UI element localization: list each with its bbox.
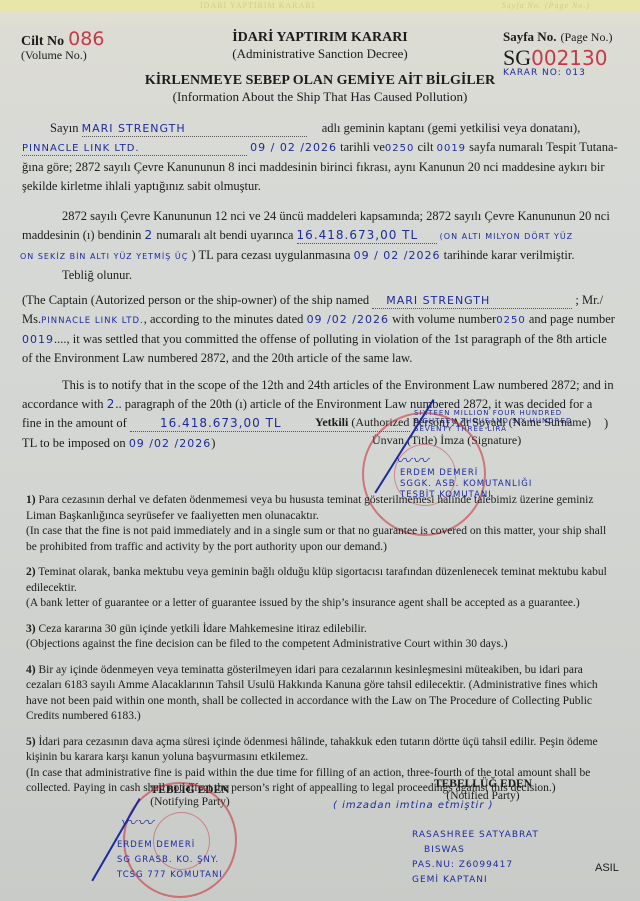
owner-handwritten-en: PINNACLE LINK LTD. bbox=[41, 316, 144, 326]
note-item: 4) Bir ay içinde ödenmeyen veya teminatt… bbox=[26, 663, 612, 725]
note-number: 5) bbox=[26, 736, 36, 748]
en-p2-line4: TL to be imposed on 09 /02 /2026) bbox=[22, 436, 215, 451]
text: adlı geminin kaptanı (gemi yetkilisi vey… bbox=[322, 121, 581, 135]
text: sayfa numaralı Tespit Tutana- bbox=[469, 140, 618, 154]
en-p1-line2: Ms.PINNACLE LINK LTD., according to the … bbox=[22, 312, 615, 327]
note-number: 1) bbox=[26, 494, 36, 506]
tr-p1-line2: PINNACLE LINK LTD. 09 / 02 /2026 tarihli… bbox=[22, 140, 618, 156]
decision-date-handwritten: 09 / 02 /2026 bbox=[354, 249, 441, 262]
page-label-en: (Page No.) bbox=[560, 30, 612, 44]
notifying-title: TCSG 777 KOMUTANI bbox=[117, 868, 223, 883]
top-strip-text-right: Sayfa No. (Page No.) bbox=[502, 1, 590, 10]
subclause-handwritten: 2 bbox=[145, 228, 154, 242]
minutes-date-handwritten: 09 / 02 /2026 bbox=[250, 141, 337, 154]
notifying-party-handwritten: ERDEM DEMERİ SG GRASB. KO. ŞNY. TCSG 777… bbox=[117, 838, 223, 883]
text: tarihinde karar verilmiştir. bbox=[444, 248, 575, 262]
captain-surname: BISWAS bbox=[424, 843, 539, 858]
text: according to the minutes dated bbox=[150, 312, 303, 326]
note-number: 3) bbox=[26, 623, 36, 635]
owner-field: PINNACLE LINK LTD. bbox=[22, 140, 247, 156]
amount-handwritten: 16.418.673,00 TL bbox=[297, 228, 419, 242]
text: maddesinin (ı) bendinin bbox=[22, 228, 141, 242]
notified-party-title: TEBELLÜĞ EDEN bbox=[413, 778, 553, 790]
captain-passport: PAS.NU: Z6099417 bbox=[412, 858, 539, 873]
en-p2-line1: This is to notify that in the scope of t… bbox=[62, 378, 614, 393]
subtitle-en: (Information About the Ship That Has Cau… bbox=[0, 89, 640, 105]
subtitle-block: KİRLENMEYE SEBEP OLAN GEMİYE AİT BİLGİLE… bbox=[0, 73, 640, 105]
text: Ms. bbox=[22, 312, 41, 326]
note-text-en: (Objections against the fine decision ca… bbox=[26, 638, 508, 650]
page-label: Sayfa No. bbox=[503, 29, 556, 44]
page-handwritten: 0019 bbox=[437, 143, 466, 154]
tr-p2-line1: 2872 sayılı Çevre Kanununun 12 nci ve 24… bbox=[62, 209, 610, 224]
captain-name: RASASHREE SATYABRAT bbox=[412, 828, 539, 843]
notified-party-handwritten: RASASHREE SATYABRAT BISWAS PAS.NU: Z6099… bbox=[412, 828, 539, 888]
note-number: 2) bbox=[26, 566, 36, 578]
text: and page number bbox=[529, 312, 615, 326]
tr-p2-line2: maddesinin (ı) bendinin 2 numaralı alt b… bbox=[22, 228, 573, 244]
ship-name-field-en: MARI STRENGTH bbox=[372, 293, 572, 309]
text: Yetkili bbox=[315, 415, 348, 429]
ship-name-field: MARI STRENGTH bbox=[82, 121, 307, 137]
tr-p1-line4: şekilde kirletme ihlali yaptığınız sabit… bbox=[22, 179, 261, 194]
text: accordance with bbox=[22, 397, 104, 411]
authorized-unit: SGGK. ASB. KOMUTANLIĞI bbox=[400, 479, 532, 490]
minutes-date-handwritten-en: 09 /02 /2026 bbox=[307, 313, 389, 326]
volume-handwritten-en: 0250 bbox=[496, 315, 525, 326]
en-p1-line3: 0019...., it was settled that you commit… bbox=[22, 332, 607, 347]
ship-name-handwritten-en: MARI STRENGTH bbox=[386, 294, 490, 307]
text: numaralı alt bendi uyarınca bbox=[156, 228, 293, 242]
text: ; Mr./ bbox=[575, 293, 603, 307]
authorized-name: ERDEM DEMERİ bbox=[400, 468, 532, 479]
amount-words-handwritten-2: ON SEKİZ BİN ALTI YÜZ YETMİŞ ÜÇ bbox=[20, 252, 188, 261]
en-p1-line1: (The Captain (Autorized person or the sh… bbox=[22, 293, 603, 309]
en-p1-line4: of the Environment Law numbered 2872, an… bbox=[22, 351, 412, 366]
note-text-en: (In case that the fine is not paid immed… bbox=[26, 525, 606, 553]
note-item: 1) Para cezasının derhal ve defaten öden… bbox=[26, 493, 612, 555]
text: TL to be imposed on bbox=[22, 436, 126, 450]
text: ) TL para cezası uygulanmasına bbox=[191, 248, 350, 262]
note-text-tr: İdari para cezasının dava açma süresi iç… bbox=[26, 736, 598, 764]
notified-party-block: TEBELLÜĞ EDEN (Notified Party) bbox=[413, 778, 553, 802]
note-item: 2) Teminat olarak, banka mektubu veya ge… bbox=[26, 565, 612, 612]
page-serial: SG002130 bbox=[503, 46, 612, 70]
top-strip-previous-page: İDARİ YAPTIRIM KARARI Sayfa No. (Page No… bbox=[0, 0, 640, 12]
impose-date-handwritten: 09 /02 /2026 bbox=[129, 437, 211, 450]
page-number: 002130 bbox=[531, 46, 607, 70]
notifying-name: ERDEM DEMERİ bbox=[117, 838, 223, 853]
owner-handwritten: PINNACLE LINK LTD. bbox=[22, 143, 140, 154]
note-text-tr: Para cezasının derhal ve defaten ödenmem… bbox=[26, 494, 593, 522]
tr-p1-line3: ğına göre; 2872 sayılı Çevre Kanununun 8… bbox=[22, 160, 605, 175]
tr-notify: Tebliğ olunur. bbox=[62, 268, 132, 283]
text: (The Captain (Autorized person or the sh… bbox=[22, 293, 369, 307]
page-handwritten-en: 0019 bbox=[22, 333, 54, 346]
text: ...., it was settled that you committed … bbox=[54, 332, 607, 346]
text: Sayın bbox=[50, 121, 78, 135]
tr-p1-line1: Sayın MARI STRENGTH adlı geminin kaptanı… bbox=[50, 121, 580, 137]
note-item: 3) Ceza kararına 30 gün içinde yetkili İ… bbox=[26, 622, 612, 653]
en-p2-close: ) bbox=[604, 416, 608, 431]
note-text-tr: Ceza kararına 30 gün içinde yetkili İdar… bbox=[38, 623, 366, 635]
page-block: Sayfa No. (Page No.) SG002130 KARAR NO: … bbox=[503, 28, 612, 78]
notifying-signature: 〰〰 bbox=[120, 810, 154, 833]
amount-words-handwritten: (ON ALTI MILYON DÖRT YÜZ bbox=[440, 232, 573, 241]
text: tarihli ve bbox=[340, 140, 385, 154]
ship-name-handwritten: MARI STRENGTH bbox=[82, 122, 186, 135]
top-strip-text: İDARİ YAPTIRIM KARARI bbox=[200, 1, 315, 10]
captain-title: GEMİ KAPTANI bbox=[412, 873, 539, 888]
page-prefix: SG bbox=[503, 45, 531, 70]
subtitle-tr: KİRLENMEYE SEBEP OLAN GEMİYE AİT BİLGİLE… bbox=[0, 73, 640, 89]
text: with volume number bbox=[392, 312, 496, 326]
note-text-en: (A bank letter of guarantee or a letter … bbox=[26, 597, 580, 609]
note-number: 4) bbox=[26, 664, 36, 676]
notes-list: 1) Para cezasının derhal ve defaten öden… bbox=[26, 493, 612, 797]
refusal-note-handwritten: ( imzadan imtina etmiştir ) bbox=[333, 800, 494, 811]
text: fine in the amount of bbox=[22, 416, 127, 430]
volume-handwritten: 0250 bbox=[385, 143, 414, 154]
note-text-tr: Teminat olarak, banka mektubu veya gemin… bbox=[26, 566, 607, 594]
paragraph-handwritten: 2 bbox=[107, 397, 116, 411]
tr-p2-line3: ON SEKİZ BİN ALTI YÜZ YETMİŞ ÜÇ ) TL par… bbox=[20, 248, 574, 263]
amount-handwritten-en: 16.418.673,00 TL bbox=[160, 416, 282, 430]
text: cilt bbox=[418, 140, 434, 154]
notifying-unit: SG GRASB. KO. ŞNY. bbox=[117, 853, 223, 868]
amount-field: 16.418.673,00 TL bbox=[297, 228, 437, 244]
copy-mark: ASIL bbox=[595, 862, 619, 874]
